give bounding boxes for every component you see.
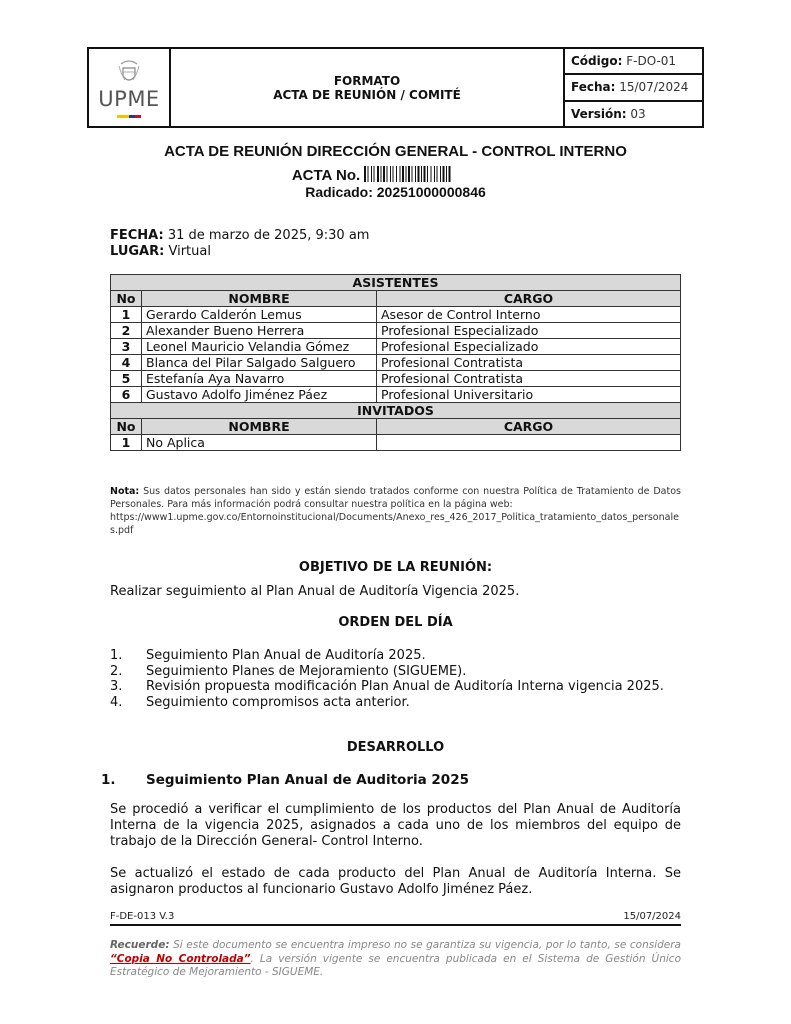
agenda-item-text: Seguimiento compromisos acta anterior. <box>146 695 410 711</box>
logo-cell: UPME <box>88 48 170 127</box>
agenda-item: 4.Seguimiento compromisos acta anterior. <box>110 695 664 711</box>
fecha-field-label: FECHA: <box>110 228 164 243</box>
document-header: UPME FORMATO ACTA DE REUNIÓN / COMITÉ Có… <box>87 47 704 128</box>
agenda-item-text: Seguimiento Planes de Mejoramiento (SIGU… <box>146 664 466 680</box>
column-header-no: No <box>111 419 142 435</box>
lugar-field-value: Virtual <box>168 244 210 259</box>
agenda-item-number: 2. <box>110 664 146 680</box>
agenda-item: 2.Seguimiento Planes de Mejoramiento (SI… <box>110 664 664 680</box>
agenda-item-text: Revisión propuesta modificación Plan Anu… <box>146 679 664 695</box>
column-header-cargo: CARGO <box>377 291 681 307</box>
fecha-value: 15/07/2024 <box>619 80 688 94</box>
column-header-no: No <box>111 291 142 307</box>
table-row: 1No Aplica <box>111 435 681 451</box>
attendee-role: Profesional Contratista <box>377 371 681 387</box>
agenda-item-text: Seguimiento Plan Anual de Auditoría 2025… <box>146 648 426 664</box>
agenda-item-number: 4. <box>110 695 146 711</box>
row-number: 4 <box>111 355 142 371</box>
format-title: FORMATO ACTA DE REUNIÓN / COMITÉ <box>170 48 564 127</box>
version-label: Versión: <box>571 107 627 121</box>
attendee-role: Profesional Especializado <box>377 323 681 339</box>
row-number: 1 <box>111 307 142 323</box>
desarrollo-item-title: Seguimiento Plan Anual de Auditoria 2025 <box>146 772 469 788</box>
coat-of-arms-icon <box>117 58 141 86</box>
table-row: 6Gustavo Adolfo Jiménez PáezProfesional … <box>111 387 681 403</box>
version-cell: Versión: 03 <box>564 101 703 127</box>
fecha-label: Fecha: <box>571 80 615 94</box>
column-header-nombre: NOMBRE <box>142 419 377 435</box>
table-row: 3Leonel Mauricio Velandia GómezProfesion… <box>111 339 681 355</box>
attendee-role: Asesor de Control Interno <box>377 307 681 323</box>
logo-text: UPME <box>98 88 159 110</box>
acta-label: ACTA No. <box>292 167 360 184</box>
attendee-name: Estefanía Aya Navarro <box>142 371 377 387</box>
column-header-nombre: NOMBRE <box>142 291 377 307</box>
upme-logo: UPME <box>89 49 169 126</box>
recuerde-text-1: Si este documento se encuentra impreso n… <box>173 939 681 951</box>
codigo-cell: Código: F-DO-01 <box>564 48 703 74</box>
column-header-cargo: CARGO <box>377 419 681 435</box>
lugar-line: LUGAR: Virtual <box>110 244 211 259</box>
lugar-field-label: LUGAR: <box>110 244 164 259</box>
attendee-name: Gustavo Adolfo Jiménez Páez <box>142 387 377 403</box>
footer-divider <box>110 924 681 926</box>
row-number: 6 <box>111 387 142 403</box>
fecha-cell: Fecha: 15/07/2024 <box>564 74 703 100</box>
attendee-name: No Aplica <box>142 435 377 451</box>
flag-stripe <box>117 115 141 118</box>
row-number: 5 <box>111 371 142 387</box>
table-row: 2Alexander Bueno HerreraProfesional Espe… <box>111 323 681 339</box>
row-number: 2 <box>111 323 142 339</box>
codigo-value: F-DO-01 <box>626 54 676 68</box>
attendee-name: Gerardo Calderón Lemus <box>142 307 377 323</box>
privacy-note: Nota: Sus datos personales han sido y es… <box>110 485 681 537</box>
barcode-icon <box>364 166 499 182</box>
radicado: Radicado: 20251000000846 <box>0 184 791 200</box>
row-number: 3 <box>111 339 142 355</box>
agenda-list: 1.Seguimiento Plan Anual de Auditoría 20… <box>110 648 664 710</box>
footer-form-code: F-DE-013 V.3 <box>110 911 174 922</box>
attendees-table: ASISTENTESNoNOMBRECARGO1Gerardo Calderón… <box>110 274 681 451</box>
table-row: 1Gerardo Calderón LemusAsesor de Control… <box>111 307 681 323</box>
attendee-name: Blanca del Pilar Salgado Salguero <box>142 355 377 371</box>
asistentes-section-header: ASISTENTES <box>111 275 681 291</box>
desarrollo-heading: DESARROLLO <box>0 740 791 755</box>
attendee-role: Profesional Especializado <box>377 339 681 355</box>
version-value: 03 <box>630 107 645 121</box>
attendee-role: Profesional Contratista <box>377 355 681 371</box>
agenda-item: 1.Seguimiento Plan Anual de Auditoría 20… <box>110 648 664 664</box>
objetivo-heading: OBJETIVO DE LA REUNIÓN: <box>0 560 791 575</box>
desarrollo-item-heading: 1. Seguimiento Plan Anual de Auditoria 2… <box>101 772 469 788</box>
attendee-name: Leonel Mauricio Velandia Gómez <box>142 339 377 355</box>
recuerde-label: Recuerde: <box>110 939 170 951</box>
fecha-line: FECHA: 31 de marzo de 2025, 9:30 am <box>110 228 369 243</box>
document-title: ACTA DE REUNIÓN DIRECCIÓN GENERAL - CONT… <box>0 143 791 160</box>
objetivo-text: Realizar seguimiento al Plan Anual de Au… <box>110 584 681 600</box>
disclaimer: Recuerde: Si este documento se encuentra… <box>110 939 681 980</box>
privacy-policy-link[interactable]: https://www1.upme.gov.co/Entornoinstituc… <box>110 511 681 537</box>
row-number: 1 <box>111 435 142 451</box>
nota-text: Sus datos personales han sido y están si… <box>110 486 681 510</box>
fecha-field-value: 31 de marzo de 2025, 9:30 am <box>168 228 370 243</box>
agenda-item-number: 3. <box>110 679 146 695</box>
nota-label: Nota: <box>110 486 139 497</box>
acta-number: ACTA No. <box>0 166 791 184</box>
desarrollo-item-number: 1. <box>101 772 146 788</box>
attendee-role: Profesional Universitario <box>377 387 681 403</box>
desarrollo-paragraph-1: Se procedió a verificar el cumplimiento … <box>110 802 681 850</box>
copia-no-controlada: “Copia No Controlada” <box>110 953 251 965</box>
codigo-label: Código: <box>571 54 622 68</box>
attendee-name: Alexander Bueno Herrera <box>142 323 377 339</box>
agenda-item-number: 1. <box>110 648 146 664</box>
format-title-line2: ACTA DE REUNIÓN / COMITÉ <box>171 88 563 102</box>
orden-heading: ORDEN DEL DÍA <box>0 615 791 630</box>
agenda-item: 3.Revisión propuesta modificación Plan A… <box>110 679 664 695</box>
footer-date: 15/07/2024 <box>623 911 681 922</box>
attendee-role <box>377 435 681 451</box>
invitados-section-header: INVITADOS <box>111 403 681 419</box>
desarrollo-paragraph-2: Se actualizó el estado de cada producto … <box>110 866 681 898</box>
table-row: 5Estefanía Aya NavarroProfesional Contra… <box>111 371 681 387</box>
table-row: 4Blanca del Pilar Salgado SalgueroProfes… <box>111 355 681 371</box>
format-title-line1: FORMATO <box>171 74 563 88</box>
